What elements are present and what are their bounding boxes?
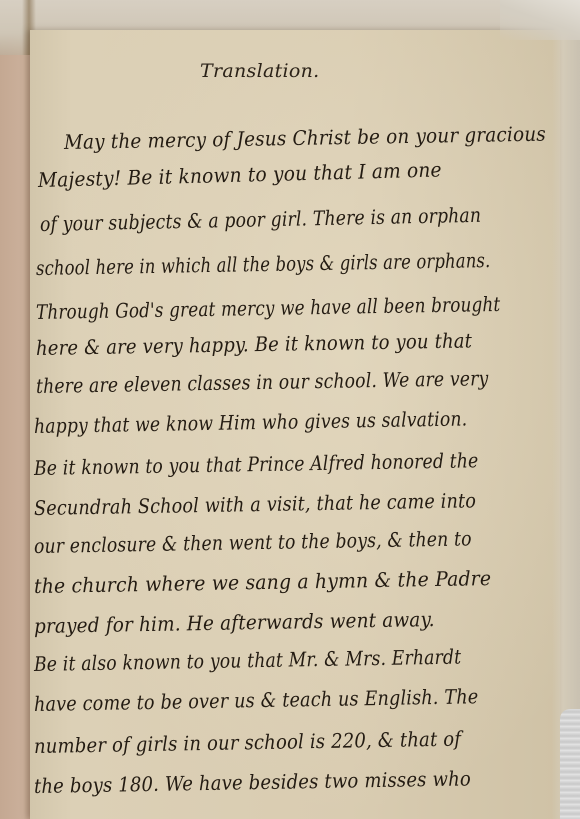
manuscript-page: Translation. May the mercy of Jesus Chri… bbox=[30, 30, 560, 819]
text-line-9: Be it known to you that Prince Alfred ho… bbox=[34, 448, 479, 480]
text-line-4: school here in which all the boys & girl… bbox=[36, 248, 491, 280]
manuscript-photo: Translation. May the mercy of Jesus Chri… bbox=[0, 0, 580, 819]
page-corner bbox=[500, 0, 580, 40]
text-line-16: number of girls in our school is 220, & … bbox=[34, 727, 462, 758]
text-line-11: our enclosure & then went to the boys, &… bbox=[34, 526, 472, 558]
page-title: Translation. bbox=[200, 60, 320, 82]
text-line-5: Through God's great mercy we have all be… bbox=[36, 292, 501, 324]
bookmark-ribbon bbox=[560, 709, 580, 819]
text-line-1: May the mercy of Jesus Christ be on your… bbox=[64, 122, 546, 154]
text-line-10: Secundrah School with a visit, that he c… bbox=[34, 488, 476, 520]
text-line-6: here & are very happy. Be it known to yo… bbox=[36, 328, 473, 360]
page-edge bbox=[552, 0, 580, 819]
text-line-7: there are eleven classes in our school. … bbox=[36, 366, 489, 398]
text-line-3: of your subjects & a poor girl. There is… bbox=[40, 203, 482, 236]
text-line-17: the boys 180. We have besides two misses… bbox=[34, 766, 471, 798]
text-line-13: prayed for him. He afterwards went away. bbox=[34, 607, 435, 638]
facing-page-edge bbox=[0, 55, 34, 819]
text-line-2: Majesty! Be it known to you that I am on… bbox=[38, 157, 442, 192]
text-line-14: Be it also known to you that Mr. & Mrs. … bbox=[34, 645, 462, 676]
text-line-15: have come to be over us & teach us Engli… bbox=[34, 684, 479, 716]
text-line-12: the church where we sang a hymn & the Pa… bbox=[34, 566, 492, 598]
text-line-8: happy that we know Him who gives us salv… bbox=[34, 406, 468, 438]
